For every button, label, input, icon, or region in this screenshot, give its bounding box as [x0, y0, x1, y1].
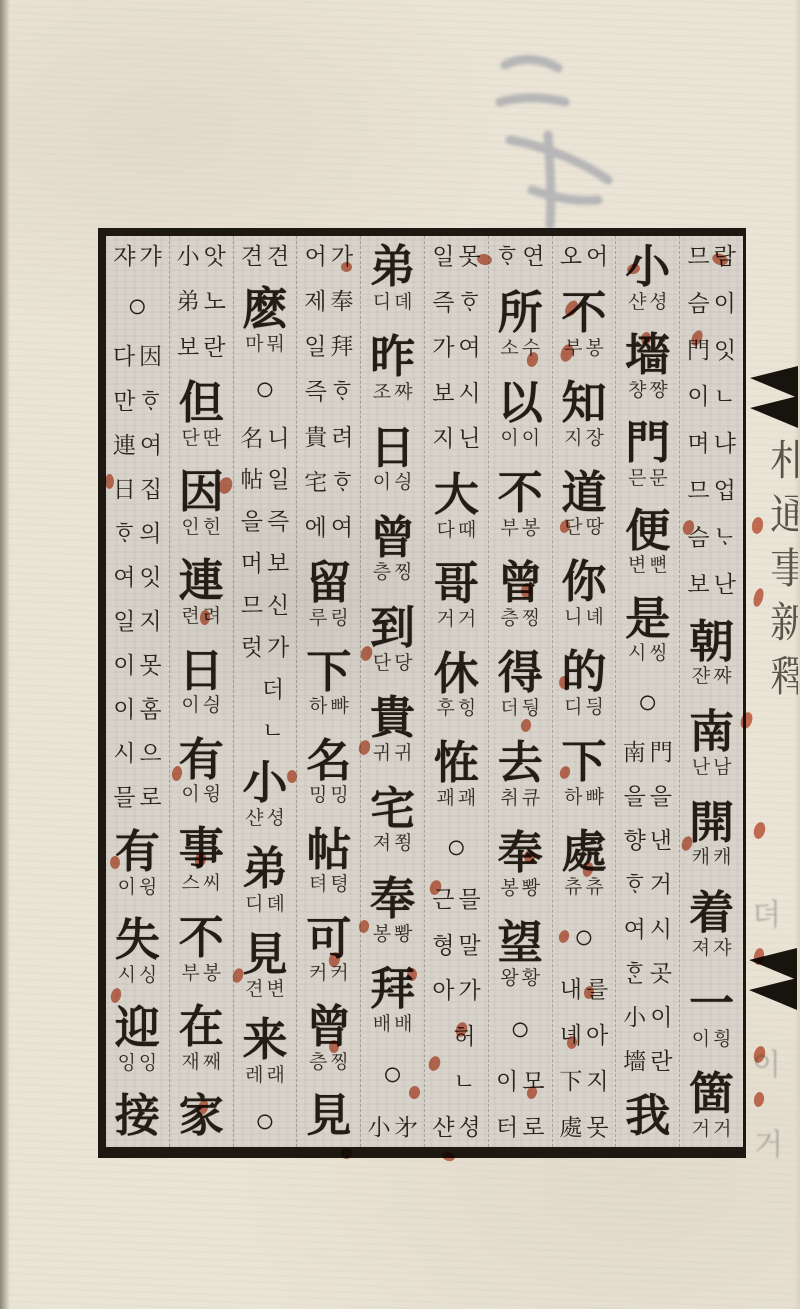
annotation-char: ᄒᆞᆫ [624, 961, 646, 987]
annotation-char: 즉 [305, 379, 327, 405]
annotation-pair: 因다 [113, 344, 162, 370]
annotation-pair: 려貴 [304, 425, 353, 451]
gloss-char: 거 [692, 1119, 710, 1141]
annotation-pair: 拜일 [304, 334, 353, 360]
hanzi-char: 哥 [434, 561, 479, 609]
annotation-pair: 가럿 [241, 635, 289, 661]
gloss-char: 배 [394, 1014, 412, 1036]
hangul-gloss-pair: 찡층 [500, 608, 540, 630]
annotation-pair: 로터 [496, 1115, 544, 1141]
char-cell: 因힌인 [179, 469, 224, 539]
gloss-char: 하 [309, 696, 327, 718]
gloss-char: 윙 [139, 877, 157, 899]
hanzi-char: 迎 [115, 1005, 160, 1053]
hanzi-char: 下 [562, 739, 607, 787]
gloss-char: 뽱 [522, 878, 540, 900]
gloss-char: 밍 [309, 785, 327, 807]
annotation-pair: 보머 [241, 551, 289, 577]
char-cell: 知장지 [562, 380, 607, 450]
annotation-char: 내 [560, 977, 582, 1003]
gloss-char: 이 [181, 784, 199, 806]
annotation-char: 즉 [432, 290, 454, 316]
annotation-char: 믈 [113, 785, 135, 811]
circle-separator: ○ [382, 1056, 403, 1094]
gloss-char: 커 [309, 963, 327, 985]
hangul-gloss-pair: 쟈져 [692, 938, 732, 960]
hanzi-char: 来 [243, 1017, 288, 1065]
annotation-char: 아 [586, 1023, 608, 1049]
annotation-char: 아 [432, 978, 454, 1004]
gloss-char: 쨔 [713, 666, 731, 688]
char-cell: 曾찡층 [370, 515, 415, 585]
gloss-char: 괘 [458, 788, 476, 810]
gloss-char: 샨 [245, 808, 263, 830]
hangul-gloss-pair: 녜니 [564, 607, 604, 629]
char-cell: 得뒁더 [498, 650, 543, 720]
char-cell: 有윙이 [115, 829, 160, 899]
gloss-char: 더 [500, 698, 518, 720]
gloss-char: 싕 [203, 695, 221, 717]
char-cell: 曾찡층 [498, 560, 543, 630]
gloss-char: 셩 [649, 292, 667, 314]
annotation-char: 므 [687, 244, 709, 270]
hangul-gloss-pair: 괘괘 [437, 788, 477, 810]
annotation-char: 이 [687, 384, 709, 410]
gloss-char: 찡 [522, 608, 540, 630]
margin-ghost-char: 뎌 [752, 890, 781, 934]
annotation-char: 거 [650, 872, 672, 898]
hanzi-char: 道 [562, 470, 607, 518]
char-cell: 不봉부 [179, 915, 224, 985]
annotation-char: 帖 [240, 467, 263, 493]
gloss-char: 찡 [330, 1052, 348, 1074]
hangul-gloss-pair: 쨩챵 [628, 380, 668, 402]
annotation-char: 보 [432, 381, 454, 407]
annotation-char [437, 1069, 449, 1095]
hangul-gloss-pair: 황왕 [500, 968, 540, 990]
hangul-gloss-pair: 밍밍 [309, 785, 349, 807]
hangul-gloss-pair: 셩샨 [628, 292, 668, 314]
annotation-char: 지 [139, 609, 161, 635]
annotation-char: 處 [559, 1115, 582, 1141]
gloss-char: 거 [713, 1119, 731, 1141]
annotation-char: 므 [687, 478, 709, 504]
red-reading-mark [341, 1148, 352, 1159]
gloss-char: 싕 [394, 472, 412, 494]
char-cell: 迎잉잉 [115, 1005, 160, 1075]
annotation-pair: 奉제 [304, 289, 353, 315]
annotation-char: 업 [714, 478, 736, 504]
gloss-char: 변 [267, 979, 285, 1001]
annotation-pair: 잇여 [113, 565, 161, 591]
gloss-char: 재 [181, 1052, 199, 1074]
hangul-gloss-pair: 큐취 [500, 788, 540, 810]
hanzi-char: 便 [625, 508, 670, 556]
red-reading-mark [287, 770, 297, 783]
annotation-char: 잇 [139, 565, 161, 591]
circle-separator: ○ [638, 684, 659, 722]
annotation-pair: 즉을 [241, 509, 289, 535]
char-cell: 日싕이 [370, 425, 415, 495]
hanzi-char: 留 [306, 560, 351, 608]
gloss-char: 인 [181, 517, 199, 539]
gloss-char: 째 [203, 1052, 221, 1074]
gloss-char: 견 [245, 979, 263, 1001]
gloss-char: 단 [181, 428, 199, 450]
annotation-pair: ㄴ [437, 1069, 475, 1095]
annotation-char: 을 [650, 784, 672, 810]
annotation-char: 가 [458, 978, 480, 1004]
text-column-9: 앗小노弟란보但딴단因힌인連려련日싕이有윙이事씨스不봉부在째재家 [169, 236, 233, 1147]
hanzi-char: 宅 [370, 786, 415, 834]
annotation-char: 려 [331, 425, 353, 451]
gloss-char: 잉 [118, 1053, 136, 1075]
hanzi-char: 得 [498, 650, 543, 698]
annotation-pair: ᄒᆞ만 [113, 389, 161, 415]
annotation-char: 못 [586, 1115, 608, 1141]
gloss-char: 큐 [522, 788, 540, 810]
hanzi-char: 日 [370, 425, 415, 473]
gloss-char: 후 [437, 698, 455, 720]
hangul-gloss-pair: 힁이 [692, 1029, 732, 1051]
char-cell: 見 [306, 1093, 351, 1141]
gloss-char: 땅 [586, 517, 604, 539]
char-cell: 弟뎨디 [370, 244, 415, 314]
annotation-char: 즉 [267, 509, 289, 535]
annotation-pair: 못이 [113, 653, 161, 679]
gloss-char: 층 [373, 562, 391, 584]
gloss-char: 챵 [628, 380, 646, 402]
gloss-char: 다 [437, 520, 455, 542]
hangul-gloss-pair: 뼌변 [628, 555, 668, 577]
gloss-char: 쨩 [649, 380, 667, 402]
gloss-char: 츄 [586, 877, 604, 899]
red-reading-mark [105, 474, 114, 489]
char-cell: 有윙이 [179, 737, 224, 807]
annotation-char: 집 [140, 477, 162, 503]
annotation-pair: 가아 [432, 978, 480, 1004]
hanzi-char: 恠 [434, 740, 479, 788]
gloss-char: 취 [500, 788, 518, 810]
annotation-char: 지 [432, 426, 454, 452]
annotation-pair: 업므 [687, 478, 735, 504]
hangul-gloss-pair: 커커 [309, 963, 349, 985]
annotation-pair: 더 [246, 677, 284, 703]
red-reading-mark [341, 262, 352, 272]
circle-separator: ○ [255, 1103, 276, 1141]
annotation-pair: 으시 [113, 741, 161, 767]
annotation-char: 일 [267, 467, 289, 493]
hangul-gloss-pair: 뽱봉 [373, 924, 413, 946]
char-cell: 不봉부 [498, 470, 543, 540]
hanzi-char: 奉 [370, 876, 415, 924]
hangul-gloss-pair: 문믄 [628, 468, 668, 490]
annotation-char: 제 [304, 289, 326, 315]
char-cell: 在째재 [179, 1004, 224, 1074]
annotation-char: ᄒᆞ [458, 290, 480, 316]
hanzi-char: 下 [306, 649, 351, 697]
annotation-char: 니 [267, 426, 289, 452]
char-cell: 麽뭐마 [243, 286, 288, 356]
annotation-pair: 연ᄒᆞ [496, 244, 544, 270]
hanzi-char: 帖 [306, 827, 351, 875]
page-left-edge [0, 0, 10, 1309]
char-cell: 曾찡층 [306, 1004, 351, 1074]
gloss-char: 황 [522, 968, 540, 990]
gloss-char: 캐 [692, 847, 710, 869]
gloss-char: 씽 [649, 643, 667, 665]
hangul-gloss-pair: 쨔조 [373, 382, 413, 404]
gloss-char: 뭐 [267, 334, 285, 356]
hanzi-char: 我 [625, 1093, 670, 1141]
annotation-char: 잇 [714, 338, 736, 364]
gloss-char: 뺘 [330, 696, 348, 718]
gloss-char: 이 [118, 877, 136, 899]
hangul-gloss-pair: 뎨디 [245, 894, 285, 916]
char-cell: 下뺘하 [306, 649, 351, 719]
text-column-2: 小셩샨墻쨩챵門문믄便뼌변是씽시○門南을을낸향거ᄒᆞ시여곳ᄒᆞᆫ이小란墻我 [615, 236, 679, 1147]
gloss-char: 뎨 [394, 292, 412, 314]
char-cell: 名밍밍 [306, 738, 351, 808]
hangul-gloss-pair: 쨔쟌 [692, 666, 732, 688]
char-cell: 奉뽱봉 [370, 876, 415, 946]
annotation-pair: 낸향 [624, 828, 672, 854]
gloss-char: 힌 [203, 517, 221, 539]
gloss-char: 배 [373, 1014, 391, 1036]
annotation-char: 일 [304, 334, 326, 360]
annotation-char: 못 [139, 653, 161, 679]
gloss-char: 레 [245, 1065, 263, 1087]
char-cell: 朝쨔쟌 [689, 619, 734, 689]
annotation-char: 슴 [687, 291, 709, 317]
gloss-char: 샨 [628, 292, 646, 314]
gloss-char: 봉 [586, 338, 604, 360]
annotation-char: 연 [522, 244, 544, 270]
hanzi-char: 有 [115, 829, 160, 877]
hanzi-char: 開 [689, 800, 734, 848]
hangul-gloss-pair: 장지 [564, 428, 604, 450]
hangul-gloss-pair: 씽시 [628, 643, 668, 665]
annotation-char: ㄴ [714, 384, 736, 410]
char-cell: 箇거거 [689, 1071, 734, 1141]
hangul-gloss-pair: 남난 [692, 757, 732, 779]
annotation-char: 일 [113, 609, 135, 635]
hanzi-char: 南 [689, 709, 734, 757]
hanzi-char: 大 [434, 472, 479, 520]
hanzi-char: 箇 [689, 1071, 734, 1119]
text-column-7: 가어奉제拜일ᄒᆞ즉려貴ᄒᆞ宅여에留링루下뺘하名밍밍帖텽텨可커커曾찡층見 [296, 236, 360, 1147]
hanzi-char: 一 [689, 981, 734, 1029]
gloss-char: 조 [373, 382, 391, 404]
annotation-pair: 견견 [241, 244, 289, 270]
annotation-char [246, 677, 258, 703]
hanzi-char: 弟 [370, 244, 415, 292]
annotation-char: 因 [139, 344, 162, 370]
gloss-char: 문 [649, 468, 667, 490]
hangul-gloss-pair: 윙이 [118, 877, 158, 899]
text-column-10: 갸쟈○因다ᄒᆞ만여連집日의ᄒᆞ잇여지일못이홈이으시로믈有윙이失싱시迎잉잉接 [106, 236, 169, 1147]
annotation-char: 小 [623, 1005, 646, 1031]
gloss-char: 괘 [437, 788, 455, 810]
gloss-char: 루 [309, 608, 327, 630]
annotation-pair: 갸쟈 [113, 244, 161, 270]
char-cell: 休힝후 [434, 651, 479, 721]
annotation-char: 의 [139, 521, 161, 547]
char-cell: 到당단 [370, 605, 415, 675]
annotation-pair: 못處 [559, 1115, 608, 1141]
annotation-char: 여 [331, 515, 353, 541]
gloss-char: 밍 [330, 785, 348, 807]
gloss-char: 이 [500, 428, 518, 450]
char-cell: 便뼌변 [625, 508, 670, 578]
handwriting-mark [470, 40, 650, 240]
hangul-gloss-pair: 셩샨 [245, 808, 285, 830]
hangul-gloss-pair: 당단 [373, 653, 413, 675]
annotation-pair: 앗小 [177, 244, 226, 270]
hangul-gloss-pair: 뭐마 [245, 334, 285, 356]
hanzi-char: 門 [625, 420, 670, 468]
annotation-char: 名 [240, 426, 263, 452]
annotation-pair: 홈이 [113, 697, 161, 723]
annotation-char: ㄴ [262, 718, 284, 744]
annotation-char: 터 [496, 1115, 518, 1141]
gloss-char: 이 [181, 695, 199, 717]
annotation-char: 奉 [330, 289, 353, 315]
annotation-char: ᄒᆞ [331, 470, 353, 496]
annotation-char: 日 [113, 477, 136, 503]
gloss-char: 봉 [373, 924, 391, 946]
char-cell: 宅쬥져 [370, 786, 415, 856]
annotation-char: 여 [140, 433, 162, 459]
annotation-char: 으 [139, 741, 161, 767]
annotation-char: 쟈 [113, 244, 135, 270]
circle-separator: ○ [255, 371, 276, 409]
annotation-pair: 의ᄒᆞ [113, 521, 161, 547]
gloss-char: 련 [181, 606, 199, 628]
gloss-char: 뎨 [267, 894, 285, 916]
char-cell: 日싕이 [179, 648, 224, 718]
gloss-char: 링 [330, 608, 348, 630]
red-reading-mark [407, 968, 417, 981]
hanzi-char: 弟 [243, 846, 288, 894]
red-reading-mark [559, 676, 569, 689]
annotation-char: 오 [560, 244, 582, 270]
hangul-gloss-pair: 째재 [181, 1052, 221, 1074]
char-cell: 以이이 [498, 380, 543, 450]
gloss-char: 셩 [267, 808, 285, 830]
gloss-char: 소 [500, 338, 518, 360]
annotation-pair: 노弟 [177, 289, 226, 315]
char-cell: 着쟈져 [689, 890, 734, 960]
annotation-char: ᄂᆞ [714, 525, 736, 551]
hangul-gloss-pair: 씨스 [181, 873, 221, 895]
annotation-char: 墻 [623, 1049, 646, 1075]
hangul-gloss-pair: 뒁더 [500, 698, 540, 720]
hangul-gloss-pair: 귀귀 [373, 743, 413, 765]
gloss-char: 왕 [500, 968, 518, 990]
hanzi-char: 有 [179, 737, 224, 785]
gloss-char: 래 [267, 1065, 285, 1087]
char-cell: 開캐캐 [689, 800, 734, 870]
margin-title: 朴通事新釋 [766, 438, 798, 708]
annotation-char: 보 [267, 551, 289, 577]
circle-separator: ○ [510, 1011, 531, 1049]
gloss-char: 싱 [139, 965, 157, 987]
annotation-pair: ᄂᆞ슴 [687, 525, 735, 551]
annotation-char: 란 [650, 1049, 672, 1075]
hanzi-char: 見 [243, 932, 288, 980]
annotation-char: 난 [714, 572, 736, 598]
annotation-char: 어 [586, 244, 608, 270]
annotation-pair: 㐧小 [368, 1115, 418, 1141]
hanzi-char: 朝 [689, 619, 734, 667]
annotation-char: 말 [458, 933, 480, 959]
gloss-char: 봉 [203, 963, 221, 985]
text-column-6: 弟뎨디昨쨔조日싕이曾찡층到당단貴귀귀宅쬥져奉뽱봉拜배배○㐧小 [360, 236, 424, 1147]
char-cell: 望황왕 [498, 920, 543, 990]
hangul-gloss-pair: 뽱봉 [500, 878, 540, 900]
text-column-1: 람므이슴잇門ㄴ이냐며업므ᄂᆞ슴난보朝쨔쟌南남난開캐캐着쟈져一힁이箇거거 [679, 236, 743, 1147]
gloss-char: 힝 [458, 698, 476, 720]
hanzi-char: 不 [498, 470, 543, 518]
hanzi-char: 着 [689, 890, 734, 938]
annotation-char: 이 [650, 1005, 672, 1031]
annotation-char: 신 [267, 593, 289, 619]
gloss-char: 져 [373, 833, 391, 855]
hangul-gloss-pair: 딍디 [564, 697, 604, 719]
annotation-pair: 門南 [623, 740, 673, 766]
annotation-char [437, 1024, 449, 1050]
gloss-char: 봉 [500, 878, 518, 900]
annotation-pair: 란墻 [623, 1049, 672, 1075]
gloss-char: 디 [245, 894, 263, 916]
char-cell: 去큐취 [498, 740, 543, 810]
hanzi-char: 曾 [498, 560, 543, 608]
annotation-char: 이 [496, 1069, 518, 1095]
gloss-char: 씨 [203, 873, 221, 895]
char-cell: 留링루 [306, 560, 351, 630]
hanzi-char: 日 [179, 648, 224, 696]
annotation-char: 이 [714, 291, 736, 317]
hanzi-char: 你 [562, 559, 607, 607]
annotation-char: ᄒᆞ [331, 379, 353, 405]
hanzi-char: 小 [243, 760, 288, 808]
annotation-pair: 이小 [623, 1005, 672, 1031]
gloss-char: 딴 [203, 428, 221, 450]
text-frame: 람므이슴잇門ㄴ이냐며업므ᄂᆞ슴난보朝쨔쟌南남난開캐캐着쟈져一힁이箇거거小셩샨墻쨩… [98, 228, 746, 1158]
hangul-gloss-pair: 래레 [245, 1065, 285, 1087]
hanzi-char: 望 [498, 920, 543, 968]
annotation-pair: 여가 [432, 335, 480, 361]
hanzi-char: 名 [306, 738, 351, 786]
annotation-pair: 이슴 [687, 291, 735, 317]
hangul-gloss-pair: 때다 [437, 520, 477, 542]
hanzi-char: 曾 [370, 515, 415, 563]
annotation-char: 향 [624, 828, 646, 854]
gloss-char: 이 [692, 1029, 710, 1051]
text-column-3: 어오不봉부知장지道땅단你녜니的딍디下뺘하處츄츄○를내아녜지下못處 [552, 236, 616, 1147]
hangul-gloss-pair: 땅단 [564, 517, 604, 539]
annotation-pair: ᄒᆞ宅 [304, 470, 353, 496]
hangul-gloss-pair: 츄츄 [564, 877, 604, 899]
annotation-pair: 셩샨 [432, 1115, 480, 1141]
annotation-char: 로 [522, 1115, 544, 1141]
annotation-char: 拜 [330, 334, 353, 360]
annotation-char: 만 [113, 389, 135, 415]
annotation-pair: ᄒᆞ즉 [432, 290, 480, 316]
hangul-gloss-pair: 텽텨 [309, 874, 349, 896]
annotation-char: 닌 [458, 426, 480, 452]
